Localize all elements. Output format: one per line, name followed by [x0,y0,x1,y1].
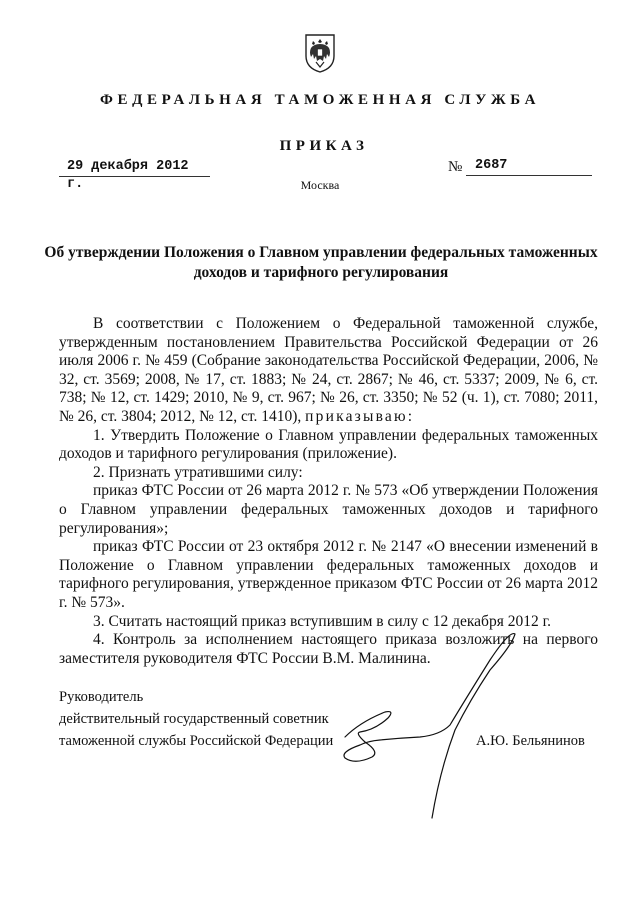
order-subject: Об утверждении Положения о Главном управ… [40,243,602,283]
subject-line-2: доходов и тарифного регулирования [40,263,602,283]
coat-of-arms-icon [303,32,337,74]
agency-name: ФЕДЕРАЛЬНАЯ ТАМОЖЕННАЯ СЛУЖБА [0,92,640,109]
city: Москва [0,178,640,193]
item-4: 4. Контроль за исполнением настоящего пр… [59,631,598,668]
signatory-name: А.Ю. Бельянинов [476,730,585,752]
order-body: В соответствии с Положением о Федерально… [59,315,598,668]
signatory-title-line-1: Руководитель [59,686,333,708]
subject-line-1: Об утверждении Положения о Главном управ… [40,243,602,263]
signatory-title: Руководитель действительный государствен… [59,686,333,752]
preamble-paragraph: В соответствии с Положением о Федерально… [59,315,598,427]
document-type: ПРИКАЗ [0,138,640,155]
item-2-sub-1: приказ ФТС России от 26 марта 2012 г. № … [59,482,598,538]
item-3: 3. Считать настоящий приказ вступившим в… [59,613,598,632]
item-1: 1. Утвердить Положение о Главном управле… [59,427,598,464]
signatory-title-line-2: действительный государственный советник [59,708,333,730]
signatory-title-line-3: таможенной службы Российской Федерации [59,730,333,752]
item-2-sub-2: приказ ФТС России от 23 октября 2012 г. … [59,538,598,612]
order-date: 29 декабря 2012 г. [59,158,210,177]
order-number-label: № [448,158,462,176]
order-number: 2687 [466,158,592,176]
order-word: приказываю: [305,408,414,425]
item-2: 2. Признать утратившими силу: [59,464,598,483]
